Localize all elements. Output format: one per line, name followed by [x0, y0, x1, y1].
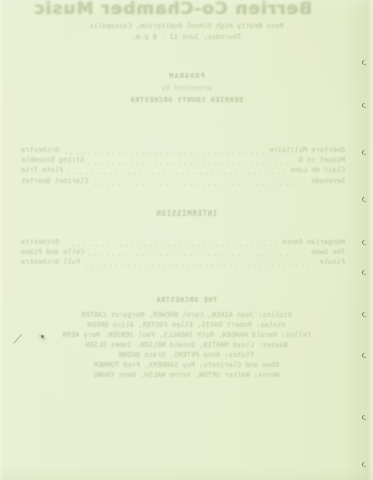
scanned-page: Berrien Co-Chamber Music Ross Beatty Hig… [0, 0, 373, 480]
binding-hole-icon [361, 59, 367, 65]
binding-hole-icon [361, 414, 367, 420]
binding-hole-icon [361, 461, 367, 467]
binding-hole-icon [361, 352, 367, 358]
binding-hole-icon [361, 196, 367, 202]
binding-hole-icon [361, 102, 367, 108]
binding-hole-icon [361, 311, 367, 317]
artifacts-layer [0, 0, 373, 480]
binding-hole-icon [361, 149, 367, 155]
pencil-mark [4, 328, 22, 343]
binding-hole-icon [361, 269, 367, 275]
ink-speck [41, 335, 44, 338]
binding-hole-icon [361, 239, 367, 245]
